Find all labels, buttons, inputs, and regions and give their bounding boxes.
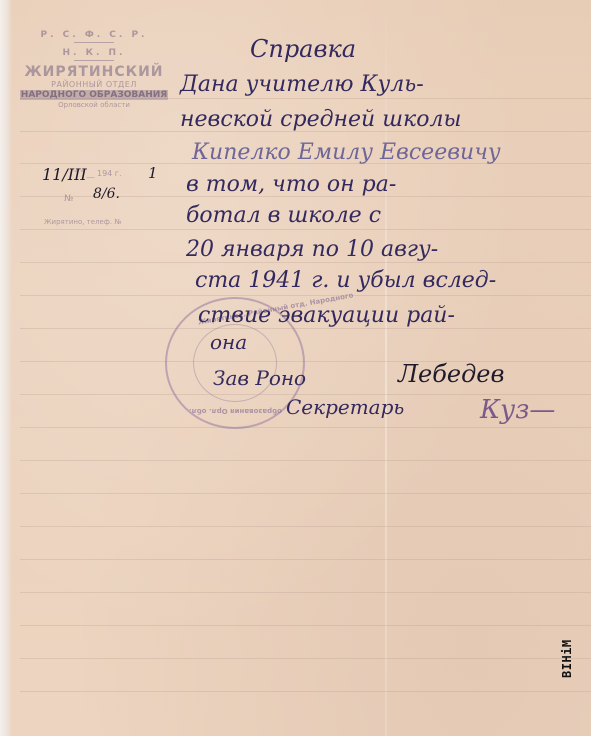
head-signature: Лебедев [398,360,504,388]
body-line: она [210,330,247,354]
ruled-line [20,328,591,329]
registration-date: 11/III [42,165,87,184]
ruled-line [20,295,591,296]
document-page: Р. С. Ф. С. Р. Н. К. П. ЖИРЯТИНСКИЙ РАЙО… [0,0,591,736]
body-line: Дана учителю Куль- [180,72,424,97]
ruled-line [20,361,591,362]
letterhead-number-field: № [64,194,73,204]
registration-number: 1 [148,164,158,182]
seal-text-bottom: образования Орл. обл. [189,407,282,415]
paper-edge [0,0,12,736]
head-of-rono-label: Зав Роно [213,366,306,390]
ruled-line [20,691,591,692]
ruled-line [20,526,591,527]
body-line: невской средней школы [180,107,461,132]
document-title: Справка [250,35,356,63]
body-line: в том, что он ра- [186,172,396,197]
ruled-line [20,460,591,461]
letterhead-address: Жирятино, телеф. № [44,218,122,226]
body-line: ствие эвакуации рай- [198,303,455,328]
ruled-line [20,625,591,626]
body-line-name: Кипелко Емилу Евсеевичу [192,140,501,165]
body-line: ста 1941 г. и убыл вслед- [195,268,496,293]
body-line: ботал в школе с [186,203,381,228]
body-line: 20 января по 10 авгу- [186,237,438,262]
archive-watermark: BIHiM [560,628,574,678]
ruled-line [20,493,591,494]
letterhead-fields: " " __ 194 г. № Жирятино, телеф. № [14,0,174,240]
ruled-line [20,559,591,560]
ruled-line [20,262,591,263]
ruled-line [20,658,591,659]
registration-outgoing-number: 8/6. [93,186,120,202]
secretary-label: Секретарь [286,395,404,419]
secretary-signature: Куз— [480,395,555,425]
ruled-line [20,592,591,593]
ruled-line [20,427,591,428]
